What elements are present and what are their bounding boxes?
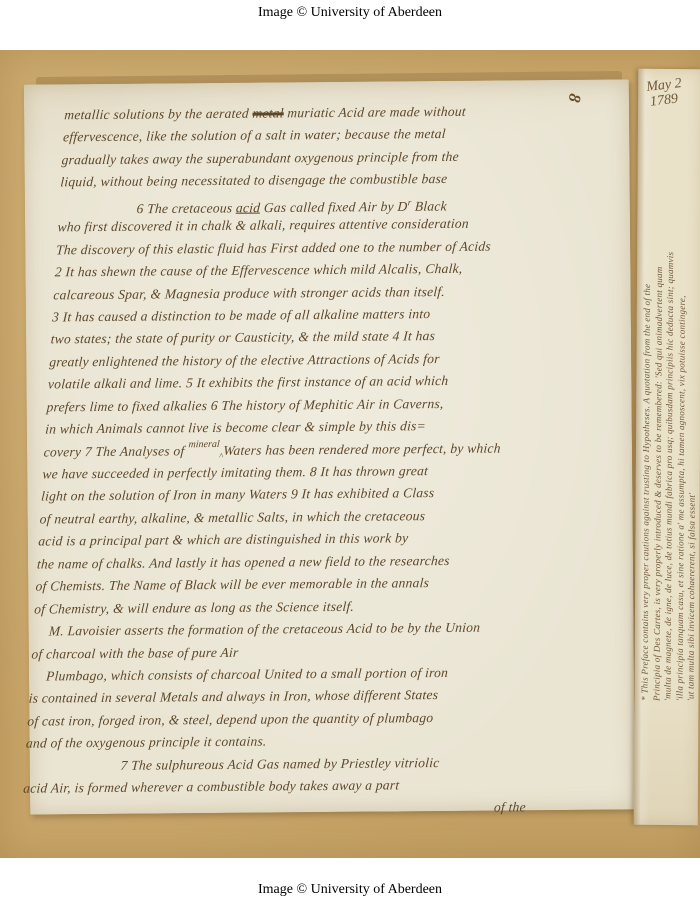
manuscript-segment: light on the solution of Iron in many Wa… bbox=[41, 486, 435, 504]
manuscript-segment: and of the oxygenous principle it contai… bbox=[26, 734, 268, 751]
manuscript-segment: greatly enlightened the history of the e… bbox=[49, 351, 440, 369]
manuscript-segment: effervescence, like the solution of a sa… bbox=[63, 126, 447, 144]
manuscript-segment: prefers lime to fixed alkalies 6 The his… bbox=[46, 396, 444, 414]
manuscript-segment: of Chemistry, & will endure as long as t… bbox=[34, 598, 355, 616]
manuscript-segment: Black bbox=[411, 198, 448, 213]
manuscript-segment: muriatic Acid are made without bbox=[283, 104, 466, 121]
manuscript-segment: calcareous Spar, & Magnesia produce with… bbox=[53, 283, 446, 301]
struck-word: metal bbox=[252, 105, 284, 120]
manuscript-segment: who first discovered it in chalk & alkal… bbox=[57, 216, 469, 235]
margin-note-line: 'ut tam multa sibi invicem cohaererent, … bbox=[685, 116, 700, 701]
manuscript-segment: of neutral earthy, alkaline, & metallic … bbox=[39, 508, 425, 526]
manuscript-segment: in which Animals cannot live is become c… bbox=[45, 418, 427, 436]
scan-viewport: Image © University of Aberdeen 8 metalli… bbox=[0, 0, 700, 910]
manuscript-segment: acid Air, is formed wherever a combustib… bbox=[23, 778, 400, 796]
manuscript-segment: 2 It has shewn the cause of the Efferves… bbox=[54, 261, 463, 280]
manuscript-segment: 6 The cretaceous bbox=[136, 200, 236, 216]
manuscript-segment: acid bbox=[236, 200, 261, 215]
manuscript-segment: two states; the state of purity or Caust… bbox=[50, 328, 435, 346]
manuscript-segment: we have succeeded in perfectly imitating… bbox=[42, 463, 429, 481]
date-line-2: 1789 bbox=[647, 91, 684, 110]
manuscript-segment: M. Lavoisier asserts the formation of th… bbox=[48, 620, 480, 639]
manuscript-segment: covery 7 The Analyses of bbox=[43, 443, 188, 459]
manuscript-segment: the name of chalks. And lastly it has op… bbox=[37, 553, 451, 572]
manuscript-segment: The discovery of this elastic fluid has … bbox=[56, 238, 492, 257]
manuscript-segment: is contained in several Metals and alway… bbox=[28, 687, 438, 706]
inserted-word: mineral bbox=[188, 434, 220, 457]
manuscript-segment: Gas called fixed Air by D bbox=[260, 199, 408, 215]
manuscript-segment: Waters has been rendered more perfect, b… bbox=[223, 440, 501, 457]
date-annotation: May 2 1789 bbox=[646, 76, 685, 110]
manuscript-segment: Plumbago, which consists of charcoal Uni… bbox=[46, 665, 449, 684]
manuscript-segment: 7 The sulphureous Acid Gas named by Prie… bbox=[120, 755, 440, 773]
facing-page-strip: May 2 1789 * This Preface contains very … bbox=[634, 69, 700, 825]
manuscript-page: 8 metallic solutions by the aerated meta… bbox=[24, 79, 635, 814]
manuscript-segment: 3 It has caused a distinction to be made… bbox=[52, 306, 431, 324]
manuscript-segment: gradually takes away the superabundant o… bbox=[61, 149, 459, 167]
manuscript-segment: of Chemists. The Name of Black will be e… bbox=[35, 575, 429, 593]
manuscript-segment: liquid, without being necessitated to di… bbox=[60, 171, 448, 189]
margin-note: * This Preface contains very proper caut… bbox=[639, 116, 700, 701]
copyright-caption-top: Image © University of Aberdeen bbox=[0, 5, 700, 21]
manuscript-segment: acid is a principal part & which are dis… bbox=[38, 531, 409, 549]
manuscript-segment: of charcoal with the base of pure Air bbox=[31, 644, 239, 661]
manuscript-segment: of the bbox=[494, 799, 527, 814]
manuscript-segment: metallic solutions by the aerated bbox=[64, 106, 253, 123]
manuscript-segment: of cast iron, forged iron, & steel, depe… bbox=[27, 710, 434, 729]
manuscript-text: metallic solutions by the aerated metal … bbox=[21, 99, 617, 822]
copyright-caption-bottom: Image © University of Aberdeen bbox=[0, 882, 700, 898]
manuscript-segment: volatile alkali and lime. 5 It exhibits … bbox=[48, 373, 449, 392]
